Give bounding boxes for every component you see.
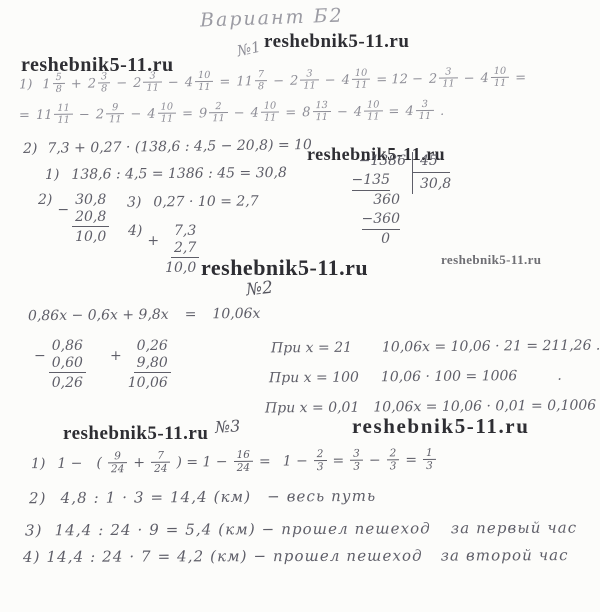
column-row: 9,80 (134, 355, 171, 373)
fraction: 158 (42, 73, 65, 96)
notebook-page: Вариант Б2 reshebnik5-11.ru reshebnik5-1… (0, 0, 600, 612)
watermark-small-gray: reshebnik5-11.ru (441, 252, 541, 268)
fraction: 23 (314, 449, 327, 473)
fraction-denominator: 8 (98, 83, 110, 95)
math-text: за второй час (441, 546, 569, 564)
fraction: 41011 (147, 103, 176, 126)
fraction-stack: 1011 (195, 71, 214, 94)
math-text: = (405, 452, 417, 468)
fraction-whole: 1 (42, 77, 50, 92)
math-text: 1) (45, 167, 60, 183)
math-text: = (19, 108, 30, 123)
fraction: 1624 (233, 450, 253, 474)
problem3-equation: 0,86x − 0,6x + 9,8x=10,06x (25, 306, 264, 324)
math-text: При x = 0,01 (265, 400, 359, 417)
problem2-expression: 2)7,3 + 0,27 · (138,6 : 4,5 − 20,8) = 10 (20, 137, 315, 157)
operation-sign: + (110, 348, 122, 365)
math-text: = (259, 454, 271, 470)
fraction: 41011 (341, 69, 370, 92)
fraction: 41011 (354, 100, 383, 123)
problem3-case-x001: При x = 0,0110,06x = 10,06 · 0,01 = 0,10… (262, 398, 599, 417)
fraction-numerator: 16 (233, 450, 252, 461)
fraction: 33 (350, 449, 363, 473)
fraction-denominator: 24 (151, 462, 171, 475)
fraction-numerator: 3 (146, 72, 158, 82)
fraction-stack: 211 (209, 102, 228, 125)
fraction-whole: 2 (133, 76, 141, 91)
fraction-denominator: 11 (364, 111, 383, 123)
fraction-numerator: 9 (109, 103, 121, 113)
fraction-whole: 2 (290, 73, 298, 88)
fraction-stack: 724 (151, 451, 171, 475)
fraction-stack: 311 (143, 72, 162, 95)
fraction-stack: 1624 (233, 450, 253, 474)
math-text: 3) (25, 521, 43, 539)
math-text: 3) (127, 194, 142, 210)
math-text: − весь путь (267, 487, 376, 506)
math-text: − (234, 106, 245, 121)
fraction: 238 (88, 72, 111, 95)
fraction-stack: 23 (387, 448, 400, 472)
column-addition-7-3: 4)+7,32,710,0 (128, 223, 199, 277)
math-text: 14,4 : 24 · 9 = 5,4 (км) − прошел пешехо… (55, 519, 431, 539)
math-text: − (273, 74, 284, 89)
problem4-step-3: 3)14,4 : 24 · 9 = 5,4 (км) − прошел пеше… (22, 519, 580, 540)
column-result: 10,0 (72, 227, 109, 246)
fraction-stack: 1011 (491, 67, 510, 90)
fraction-denominator: 3 (314, 460, 327, 473)
math-text: 1 − (57, 456, 82, 472)
fraction-denominator: 3 (423, 459, 436, 472)
column-stack: 30,820,810,0 (72, 192, 109, 246)
fraction-numerator: 3 (98, 72, 110, 82)
fraction-numerator: 10 (491, 67, 510, 77)
math-text: + (71, 76, 82, 91)
fraction-whole: 4 (354, 104, 362, 119)
operation-sign: − (34, 348, 46, 365)
problem1-step-line-2: =111111−2911−41011=9211−41011=81311−4101… (16, 100, 447, 127)
fraction-whole: 4 (147, 107, 155, 122)
fraction-numerator: 10 (352, 69, 371, 79)
fraction-stack: 33 (350, 449, 363, 473)
problem4-step-2: 2)4,8 : 1 · 3 = 14,4 (км)− весь путь (26, 487, 379, 507)
math-text: 10,06x = 10,06 · 21 = 211,26 . (382, 338, 600, 356)
column-stack: 0,860,600,26 (49, 338, 86, 392)
fraction: 111111 (36, 104, 73, 127)
math-text: 7,3 + 0,27 · (138,6 : 4,5 − 20,8) = 10 (47, 137, 312, 157)
math-text: − (464, 71, 475, 86)
math-text: + (133, 455, 145, 471)
division-row: −1386 (359, 152, 406, 171)
fraction: 2311 (290, 69, 319, 92)
math-text: = (388, 104, 399, 119)
fraction-numerator: 10 (261, 102, 280, 112)
page-title: Вариант Б2 (200, 5, 344, 32)
math-text: − (337, 105, 348, 120)
column-row: 0,26 (134, 338, 171, 355)
fraction-denominator: 11 (352, 79, 371, 91)
math-text: 1) (19, 77, 33, 92)
fraction: 2311 (429, 67, 458, 90)
math-text: = (515, 70, 526, 85)
fraction: 41011 (185, 71, 214, 94)
fraction-whole: 4 (405, 104, 413, 119)
section-label-2: №2 (245, 278, 274, 301)
fraction-stack: 1311 (312, 101, 331, 124)
fraction: 2911 (96, 103, 125, 126)
fraction-numerator: 2 (314, 449, 327, 460)
quotient: 30,8 (413, 173, 451, 194)
math-text: 0,27 · 10 = 2,7 (153, 193, 258, 210)
fraction-numerator: 1 (423, 448, 436, 459)
math-text: 10,06x = 10,06 · 0,01 = 0,1006 (373, 398, 596, 416)
fraction-stack: 311 (439, 67, 458, 90)
math-text: ( (96, 455, 102, 471)
fraction-denominator: 24 (234, 461, 254, 474)
fraction-stack: 1011 (261, 102, 280, 125)
math-text: При x = 21 (271, 340, 352, 357)
fraction-numerator: 3 (419, 100, 431, 110)
column-subtraction-30-8: 2)−30,820,810,0 (38, 192, 109, 246)
column-result: 10,0 (162, 258, 199, 277)
column-subtraction-0-86: −0,860,600,26 (34, 338, 86, 392)
fraction-numerator: 5 (52, 73, 64, 83)
math-text: 10,06 · 100 = 1006 (381, 368, 518, 385)
fraction-denominator: 11 (209, 112, 228, 124)
column-label: 4) (128, 223, 142, 240)
problem4-step-4: 4) 14,4 : 24 · 7 = 4,2 (км) − прошел пеш… (20, 546, 572, 566)
fraction: 724 (151, 451, 171, 475)
fraction-stack: 311 (416, 100, 435, 123)
fraction-denominator: 11 (54, 114, 73, 126)
fraction-numerator: 13 (312, 101, 331, 111)
section-label-1: №1 (235, 38, 262, 61)
fraction: 41011 (250, 102, 279, 125)
fraction-denominator: 11 (312, 111, 331, 123)
math-text: 4) 14,4 : 24 · 7 = 4,2 (км) − прошел пеш… (23, 547, 423, 566)
divisor: 45 (413, 152, 450, 173)
fraction-whole: 4 (480, 71, 488, 86)
problem3-case-x21: При x = 2110,06x = 10,06 · 21 = 211,26 . (268, 338, 600, 357)
fraction-numerator: 3 (350, 449, 363, 460)
math-text: − (369, 452, 381, 468)
operation-sign: + (147, 233, 159, 250)
fraction-denominator: 11 (158, 113, 177, 125)
math-text: . (557, 368, 562, 384)
column-row: 30,8 (72, 192, 109, 209)
math-text: ) = 1 − (176, 454, 227, 471)
fraction-denominator: 11 (416, 110, 435, 122)
fraction-numerator: 7 (154, 451, 167, 462)
math-text: − (79, 107, 90, 122)
fraction: 2311 (133, 72, 162, 95)
division-row: −360 (362, 210, 400, 230)
fraction-denominator: 11 (491, 77, 510, 89)
fraction-numerator: 10 (158, 103, 177, 113)
fraction-numerator: 3 (442, 67, 454, 77)
fraction: 924 (108, 451, 128, 475)
fraction-denominator: 8 (255, 80, 267, 92)
fraction-stack: 78 (255, 70, 268, 93)
fraction-whole: 4 (251, 105, 259, 120)
problem2-step-1: 1)138,6 : 4,5 = 1386 : 45 = 30,8 (42, 165, 290, 183)
math-text: 10,06x (212, 306, 260, 323)
fraction-denominator: 11 (106, 113, 125, 125)
fraction-numerator: 7 (255, 70, 267, 80)
fraction-numerator: 10 (364, 100, 383, 110)
fraction: 13 (423, 448, 436, 472)
fraction-whole: 8 (302, 105, 310, 120)
fraction-stack: 311 (300, 69, 319, 92)
fraction-whole: 2 (96, 107, 104, 122)
fraction-denominator: 11 (261, 112, 280, 124)
fraction-whole: 2 (429, 71, 437, 86)
column-result: 10,06 (125, 373, 171, 392)
dividend-column: −1386−135360−3600 (348, 152, 406, 248)
math-text: 138,6 : 4,5 = 1386 : 45 = 30,8 (71, 165, 287, 183)
division-row: 360 (373, 191, 400, 210)
fraction: 9211 (199, 102, 228, 125)
fraction-denominator: 24 (108, 462, 128, 475)
column-row: 2,7 (171, 240, 199, 258)
math-text: 4,8 : 1 · 3 = 14,4 (км) (61, 488, 252, 507)
fraction-numerator: 11 (54, 104, 73, 114)
math-text: 0,86x − 0,6x + 9,8x (28, 307, 169, 324)
math-text: за первый час (451, 519, 577, 538)
fraction: 23 (387, 448, 400, 472)
math-text: − (325, 73, 336, 88)
fraction-denominator: 11 (439, 78, 458, 90)
section-label-3: №3 (214, 416, 241, 437)
fraction-stack: 13 (423, 448, 436, 472)
math-text: − (130, 107, 141, 122)
column-row: 0,60 (49, 355, 86, 373)
operation-sign: − (57, 202, 69, 219)
fraction-stack: 1011 (158, 103, 177, 126)
fraction-stack: 911 (106, 103, 125, 126)
math-text: = (185, 306, 197, 322)
column-row: 20,8 (72, 209, 109, 227)
fraction-stack: 1111 (54, 104, 73, 127)
fraction-whole: 4 (342, 73, 350, 88)
math-text: = (182, 106, 193, 121)
fraction-denominator: 8 (53, 83, 65, 95)
watermark-center: reshebnik5-11.ru (201, 255, 368, 281)
division-row: 0 (381, 230, 390, 249)
fraction-numerator: 2 (387, 448, 400, 459)
math-text: 2) (29, 489, 47, 507)
math-text: = 12 − (376, 72, 423, 88)
column-addition-0-26: +0,269,8010,06 (110, 338, 171, 392)
fraction: 4311 (405, 100, 434, 123)
divisor-column: 4530,8 (412, 152, 451, 194)
math-text: 1) (31, 456, 46, 472)
problem2-step-3: 3)0,27 · 10 = 2,7 (124, 193, 262, 210)
math-text: = (332, 453, 344, 469)
fraction-denominator: 11 (143, 82, 162, 94)
column-row: 0,86 (49, 338, 86, 355)
fraction-denominator: 3 (387, 459, 400, 472)
long-division-1386-by-45: −1386−135360−36004530,8 (348, 152, 451, 248)
math-text: = (219, 74, 230, 89)
math-text: − (116, 76, 127, 91)
column-stack: 0,269,8010,06 (125, 338, 171, 392)
column-result: 0,26 (49, 373, 86, 392)
fraction: 1178 (236, 70, 267, 93)
fraction-stack: 924 (108, 451, 128, 475)
column-row: 7,3 (171, 223, 199, 240)
fraction-denominator: 11 (300, 80, 319, 92)
fraction: 81311 (302, 101, 331, 124)
fraction-denominator: 3 (350, 460, 363, 473)
fraction-numerator: 2 (212, 102, 224, 112)
fraction-stack: 38 (98, 72, 111, 95)
math-text: = (285, 105, 296, 120)
math-text: 1 − (283, 453, 308, 469)
column-stack: 7,32,710,0 (162, 223, 199, 277)
fraction-numerator: 10 (195, 71, 214, 81)
fraction-whole: 9 (199, 106, 207, 121)
problem4-step-1: 1)1 −(924+724) = 1 −1624=1 −23=33−23=13 (28, 448, 439, 476)
fraction-numerator: 3 (303, 69, 315, 79)
fraction-stack: 1011 (352, 69, 371, 92)
math-text: . (440, 104, 444, 119)
watermark-top: reshebnik5-11.ru (264, 31, 409, 53)
fraction-stack: 1011 (364, 100, 383, 123)
fraction-whole: 2 (88, 76, 96, 91)
fraction-whole: 4 (185, 75, 193, 90)
math-text: 2) (23, 141, 38, 157)
problem3-case-x100: При x = 10010,06 · 100 = 1006. (266, 368, 565, 387)
column-label: 2) (38, 192, 52, 209)
fraction-whole: 11 (36, 108, 53, 123)
watermark-bottom-right: reshebnik5-11.ru (352, 414, 530, 439)
fraction: 41011 (480, 67, 509, 90)
watermark-bottom-left: reshebnik5-11.ru (63, 423, 208, 445)
math-text: − (168, 75, 179, 90)
fraction-stack: 23 (314, 449, 327, 473)
division-row: −135 (352, 171, 390, 191)
fraction-whole: 11 (236, 74, 253, 89)
fraction-numerator: 9 (111, 451, 124, 462)
fraction-stack: 58 (52, 73, 65, 96)
fraction-denominator: 11 (195, 81, 214, 93)
math-text: При x = 100 (269, 369, 359, 386)
